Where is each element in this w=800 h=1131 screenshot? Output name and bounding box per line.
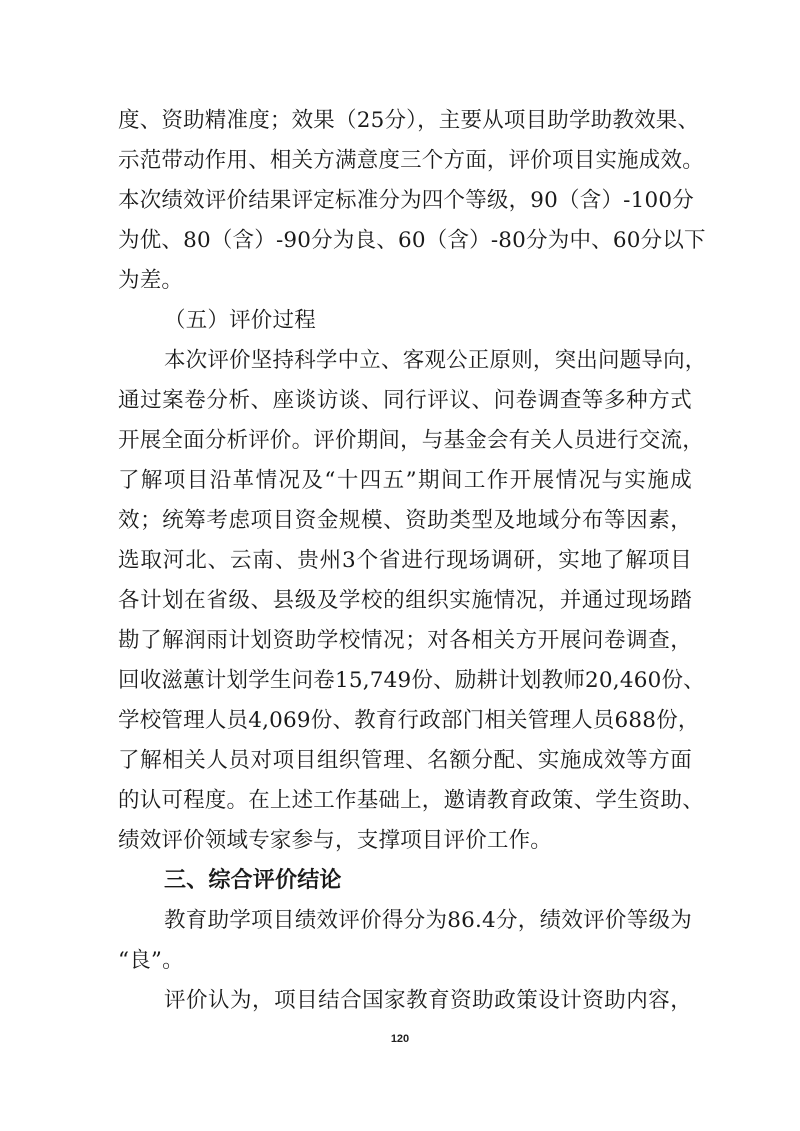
paragraph-line: 选取河北、云南、贵州3个省进行现场调研，实地了解项目 [118, 541, 692, 581]
paragraph-line: 示范带动作用、相关方满意度三个方面，评价项目实施成效。 [118, 141, 692, 181]
paragraph-line: 度、资助精准度；效果（25分），主要从项目助学助教效果、 [118, 101, 692, 141]
paragraph-line: 绩效评价领域专家参与，支撑项目评价工作。 [118, 821, 692, 861]
paragraph-line: 通过案卷分析、座谈访谈、同行评议、问卷调查等多种方式 [118, 381, 692, 421]
paragraph-line: 为差。 [118, 261, 692, 301]
paragraph-line: 本次评价坚持科学中立、客观公正原则，突出问题导向， [118, 341, 692, 381]
paragraph-line: 学校管理人员4,069份、教育行政部门相关管理人员688份， [118, 701, 692, 741]
document-body: 度、资助精准度；效果（25分），主要从项目助学助教效果、 示范带动作用、相关方满… [118, 101, 692, 1021]
paragraph-line: 为优、80（含）-90分为良、60（含）-80分为中、60分以下 [118, 221, 692, 261]
paragraph-line: “良”。 [118, 941, 692, 981]
paragraph-line: 了解相关人员对项目组织管理、名额分配、实施成效等方面 [118, 741, 692, 781]
paragraph-line: 本次绩效评价结果评定标准分为四个等级，90（含）-100分 [118, 181, 692, 221]
paragraph-line: 教育助学项目绩效评价得分为86.4分，绩效评价等级为 [118, 901, 692, 941]
paragraph-line: 勘了解润雨计划资助学校情况；对各相关方开展问卷调查， [118, 621, 692, 661]
document-page: 度、资助精准度；效果（25分），主要从项目助学助教效果、 示范带动作用、相关方满… [0, 0, 800, 1131]
paragraph-line: 各计划在省级、县级及学校的组织实施情况，并通过现场踏 [118, 581, 692, 621]
paragraph-line: 开展全面分析评价。评价期间，与基金会有关人员进行交流， [118, 421, 692, 461]
paragraph-line: 效；统筹考虑项目资金规模、资助类型及地域分布等因素， [118, 501, 692, 541]
paragraph-line: 的认可程度。在上述工作基础上，邀请教育政策、学生资助、 [118, 781, 692, 821]
paragraph-line: 评价认为，项目结合国家教育资助政策设计资助内容， [118, 981, 692, 1021]
paragraph-line: 了解项目沿革情况及“十四五”期间工作开展情况与实施成 [118, 461, 692, 501]
section-heading: 三、综合评价结论 [118, 861, 692, 901]
section-subheading: （五）评价过程 [118, 301, 692, 341]
page-number: 120 [0, 1033, 800, 1045]
paragraph-line: 回收滋蕙计划学生问卷15,749份、励耕计划教师20,460份、 [118, 661, 692, 701]
